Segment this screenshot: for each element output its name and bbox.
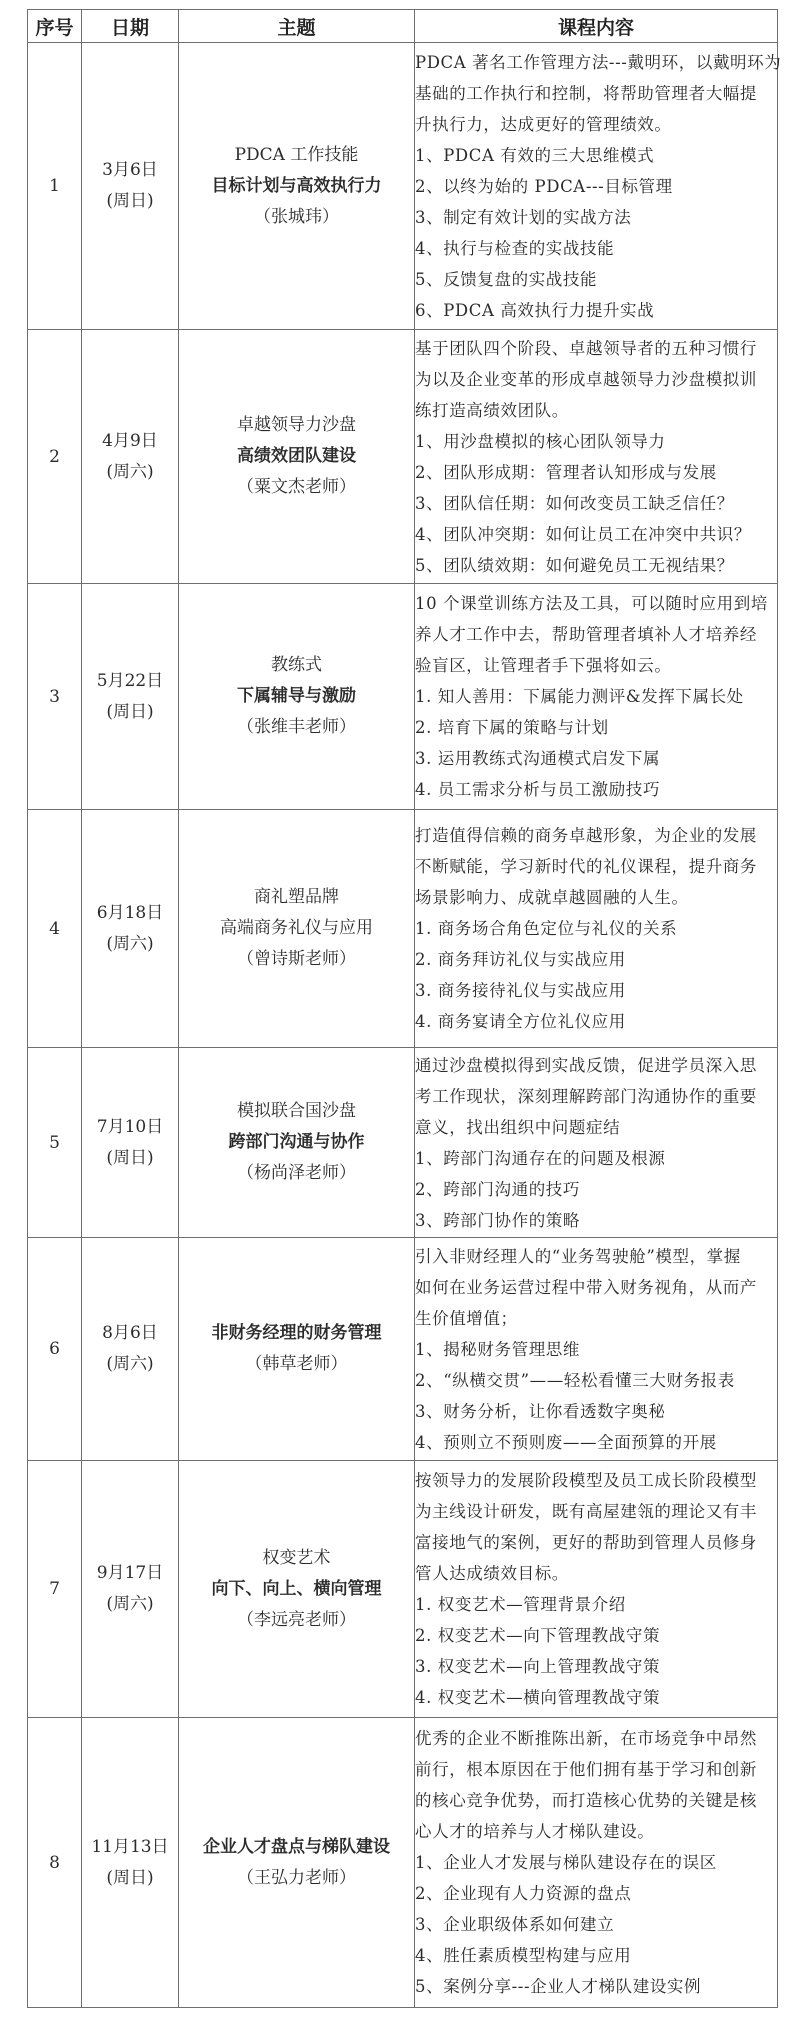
date-text: 4月9日	[82, 426, 178, 457]
content-line: 2、跨部门沟通的技巧	[415, 1174, 777, 1205]
row-index: 8	[28, 1718, 82, 2008]
row-date-cell: 11月13日(周日)	[82, 1718, 179, 2008]
date-text: 6月18日	[82, 898, 178, 929]
row-index: 7	[28, 1461, 82, 1718]
content-line: 富接地气的案例，更好的帮助到管理人员修身	[415, 1527, 777, 1558]
row-index: 2	[28, 330, 82, 584]
content-line: 升执行力，达成更好的管理绩效。	[415, 109, 777, 140]
content-line: 3. 商务接待礼仪与实战应用	[415, 975, 777, 1006]
weekday-text: (周日)	[82, 1143, 178, 1174]
content-line: 1、揭秘财务管理思维	[415, 1334, 777, 1365]
content-line: 1. 商务场合角色定位与礼仪的关系	[415, 913, 777, 944]
date-text: 7月10日	[82, 1112, 178, 1143]
table-row: 68月6日(周六)非财务经理的财务管理（韩草老师）引入非财经理人的“业务驾驶舱”…	[28, 1238, 778, 1461]
content-line: 不断赋能，学习新时代的礼仪课程，提升商务	[415, 851, 777, 882]
instructor-name: （李远亮老师）	[179, 1605, 414, 1636]
row-topic-cell: 非财务经理的财务管理（韩草老师）	[179, 1238, 415, 1461]
row-date-cell: 9月17日(周六)	[82, 1461, 179, 1718]
row-topic-cell: 权变艺术向下、向上、横向管理（李远亮老师）	[179, 1461, 415, 1718]
topic-title: PDCA 工作技能	[179, 140, 414, 171]
row-topic-cell: 教练式下属辅导与激励（张维丰老师）	[179, 584, 415, 810]
content-line: 验盲区，让管理者手下强将如云。	[415, 650, 777, 681]
content-line: 1、企业人才发展与梯队建设存在的误区	[415, 1847, 777, 1878]
table-row: 24月9日(周六)卓越领导力沙盘高绩效团队建设（粟文杰老师）基于团队四个阶段、卓…	[28, 330, 778, 584]
content-line: 3、企业职级体系如何建立	[415, 1909, 777, 1940]
header-index: 序号	[28, 10, 82, 43]
content-line: 3、团队信任期：如何改变员工缺乏信任？	[415, 488, 777, 519]
content-line: 2. 商务拜访礼仪与实战应用	[415, 944, 777, 975]
content-line: 通过沙盘模拟得到实战反馈，促进学员深入思	[415, 1050, 777, 1081]
table-row: 35月22日(周日)教练式下属辅导与激励（张维丰老师）10 个课堂训练方法及工具…	[28, 584, 778, 810]
content-line: 生价值增值；	[415, 1303, 777, 1334]
row-index: 4	[28, 810, 82, 1048]
content-line: 4. 员工需求分析与员工激励技巧	[415, 774, 777, 805]
table-row: 79月17日(周六)权变艺术向下、向上、横向管理（李远亮老师）按领导力的发展阶段…	[28, 1461, 778, 1718]
content-line: 3、财务分析，让你看透数字奥秘	[415, 1396, 777, 1427]
table-row: 57月10日(周日)模拟联合国沙盘跨部门沟通与协作（杨尚泽老师）通过沙盘模拟得到…	[28, 1048, 778, 1238]
row-index: 5	[28, 1048, 82, 1238]
topic-title: 教练式	[179, 650, 414, 681]
instructor-name: （粟文杰老师）	[179, 472, 414, 503]
content-line: 如何在业务运营过程中带入财务视角，从而产	[415, 1272, 777, 1303]
content-line: 4、执行与检查的实战技能	[415, 233, 777, 264]
content-line: 的核心竞争优势，而打造核心优势的关键是核	[415, 1785, 777, 1816]
content-line: 5、反馈复盘的实战技能	[415, 264, 777, 295]
topic-title: 企业人才盘点与梯队建设	[179, 1832, 414, 1863]
date-text: 3月6日	[82, 155, 178, 186]
content-line: 5、案例分享---企业人才梯队建设实例	[415, 1971, 777, 2002]
content-line: 基于团队四个阶段、卓越领导者的五种习惯行	[415, 333, 777, 364]
content-line: 1. 知人善用：下属能力测评&发挥下属长处	[415, 681, 777, 712]
row-date-cell: 8月6日(周六)	[82, 1238, 179, 1461]
row-content-cell: 引入非财经理人的“业务驾驶舱”模型，掌握如何在业务运营过程中带入财务视角，从而产…	[415, 1238, 778, 1461]
content-line: 3. 权变艺术—向上管理教战守策	[415, 1651, 777, 1682]
instructor-name: （曾诗斯老师）	[179, 944, 414, 975]
content-line: 2. 培育下属的策略与计划	[415, 712, 777, 743]
content-line: 基础的工作执行和控制，将帮助管理者大幅提	[415, 78, 777, 109]
content-line: 4. 权变艺术—横向管理教战守策	[415, 1682, 777, 1713]
row-content-cell: 优秀的企业不断推陈出新，在市场竞争中昂然前行，根本原因在于他们拥有基于学习和创新…	[415, 1718, 778, 2008]
row-content-cell: 按领导力的发展阶段模型及员工成长阶段模型为主线设计研发，既有高屋建瓴的理论又有丰…	[415, 1461, 778, 1718]
content-line: 4、预则立不预则废——全面预算的开展	[415, 1427, 777, 1458]
content-line: 考工作现状，深刻理解跨部门沟通协作的重要	[415, 1081, 777, 1112]
row-content-cell: 10 个课堂训练方法及工具，可以随时应用到培养人才工作中去，帮助管理者填补人才培…	[415, 584, 778, 810]
row-date-cell: 3月6日(周日)	[82, 43, 179, 330]
content-line: 5、团队绩效期：如何避免员工无视结果？	[415, 550, 777, 581]
instructor-name: （王弘力老师）	[179, 1863, 414, 1894]
row-date-cell: 5月22日(周日)	[82, 584, 179, 810]
weekday-text: (周日)	[82, 186, 178, 217]
row-date-cell: 6月18日(周六)	[82, 810, 179, 1048]
content-line: 引入非财经理人的“业务驾驶舱”模型，掌握	[415, 1241, 777, 1272]
content-line: 2. 权变艺术—向下管理教战守策	[415, 1620, 777, 1651]
content-line: 打造值得信赖的商务卓越形象，为企业的发展	[415, 820, 777, 851]
row-topic-cell: 卓越领导力沙盘高绩效团队建设（粟文杰老师）	[179, 330, 415, 584]
row-topic-cell: 模拟联合国沙盘跨部门沟通与协作（杨尚泽老师）	[179, 1048, 415, 1238]
weekday-text: (周六)	[82, 1349, 178, 1380]
row-date-cell: 4月9日(周六)	[82, 330, 179, 584]
content-line: 优秀的企业不断推陈出新，在市场竞争中昂然	[415, 1723, 777, 1754]
content-line: PDCA 著名工作管理方法---戴明环，以戴明环为	[415, 47, 777, 78]
row-index: 1	[28, 43, 82, 330]
content-line: 10 个课堂训练方法及工具，可以随时应用到培	[415, 588, 777, 619]
row-date-cell: 7月10日(周日)	[82, 1048, 179, 1238]
header-content: 课程内容	[415, 10, 778, 43]
content-line: 为以及企业变革的形成卓越领导力沙盘模拟训	[415, 364, 777, 395]
date-text: 5月22日	[82, 666, 178, 697]
instructor-name: （韩草老师）	[179, 1349, 414, 1380]
header-date: 日期	[82, 10, 179, 43]
header-row: 序号 日期 主题 课程内容	[28, 10, 778, 43]
content-line: 场景影响力、成就卓越圆融的人生。	[415, 882, 777, 913]
row-index: 6	[28, 1238, 82, 1461]
content-line: 1、跨部门沟通存在的问题及根源	[415, 1143, 777, 1174]
row-topic-cell: PDCA 工作技能目标计划与高效执行力（张城玮）	[179, 43, 415, 330]
row-topic-cell: 企业人才盘点与梯队建设（王弘力老师）	[179, 1718, 415, 2008]
content-line: 3、跨部门协作的策略	[415, 1205, 777, 1236]
weekday-text: (周六)	[82, 929, 178, 960]
course-schedule-table: 序号 日期 主题 课程内容 13月6日(周日)PDCA 工作技能目标计划与高效执…	[27, 9, 778, 2008]
topic-title: 高端商务礼仪与应用	[179, 913, 414, 944]
table-row: 811月13日(周日)企业人才盘点与梯队建设（王弘力老师）优秀的企业不断推陈出新…	[28, 1718, 778, 2008]
date-text: 9月17日	[82, 1558, 178, 1589]
topic-title: 高绩效团队建设	[179, 441, 414, 472]
topic-title: 下属辅导与激励	[179, 681, 414, 712]
content-line: 按领导力的发展阶段模型及员工成长阶段模型	[415, 1465, 777, 1496]
content-line: 2、以终为始的 PDCA---目标管理	[415, 171, 777, 202]
row-content-cell: 通过沙盘模拟得到实战反馈，促进学员深入思考工作现状，深刻理解跨部门沟通协作的重要…	[415, 1048, 778, 1238]
content-line: 2、“纵横交贯”——轻松看懂三大财务报表	[415, 1365, 777, 1396]
instructor-name: （张维丰老师）	[179, 712, 414, 743]
content-line: 前行，根本原因在于他们拥有基于学习和创新	[415, 1754, 777, 1785]
row-topic-cell: 商礼塑品牌高端商务礼仪与应用（曾诗斯老师）	[179, 810, 415, 1048]
row-index: 3	[28, 584, 82, 810]
content-line: 养人才工作中去，帮助管理者填补人才培养经	[415, 619, 777, 650]
content-line: 4、胜任素质模型构建与应用	[415, 1940, 777, 1971]
content-line: 意义，找出组织中问题症结	[415, 1112, 777, 1143]
content-line: 4、团队冲突期：如何让员工在冲突中共识？	[415, 519, 777, 550]
instructor-name: （杨尚泽老师）	[179, 1158, 414, 1189]
weekday-text: (周六)	[82, 457, 178, 488]
row-content-cell: PDCA 著名工作管理方法---戴明环，以戴明环为基础的工作执行和控制，将帮助管…	[415, 43, 778, 330]
content-line: 2、企业现有人力资源的盘点	[415, 1878, 777, 1909]
content-line: 管人达成绩效目标。	[415, 1558, 777, 1589]
content-line: 4. 商务宴请全方位礼仪应用	[415, 1006, 777, 1037]
content-line: 3. 运用教练式沟通模式启发下属	[415, 743, 777, 774]
weekday-text: (周六)	[82, 1589, 178, 1620]
row-content-cell: 打造值得信赖的商务卓越形象，为企业的发展不断赋能，学习新时代的礼仪课程，提升商务…	[415, 810, 778, 1048]
content-line: 3、制定有效计划的实战方法	[415, 202, 777, 233]
content-line: 1、PDCA 有效的三大思维模式	[415, 140, 777, 171]
date-text: 8月6日	[82, 1318, 178, 1349]
row-content-cell: 基于团队四个阶段、卓越领导者的五种习惯行为以及企业变革的形成卓越领导力沙盘模拟训…	[415, 330, 778, 584]
content-line: 2、团队形成期：管理者认知形成与发展	[415, 457, 777, 488]
topic-title: 模拟联合国沙盘	[179, 1096, 414, 1127]
topic-title: 非财务经理的财务管理	[179, 1318, 414, 1349]
topic-title: 向下、向上、横向管理	[179, 1574, 414, 1605]
topic-title: 目标计划与高效执行力	[179, 171, 414, 202]
topic-title: 权变艺术	[179, 1543, 414, 1574]
content-line: 练打造高绩效团队。	[415, 395, 777, 426]
content-line: 1. 权变艺术—管理背景介绍	[415, 1589, 777, 1620]
content-line: 心人才的培养与人才梯队建设。	[415, 1816, 777, 1847]
topic-title: 卓越领导力沙盘	[179, 410, 414, 441]
content-line: 1、用沙盘模拟的核心团队领导力	[415, 426, 777, 457]
table-row: 46月18日(周六)商礼塑品牌高端商务礼仪与应用（曾诗斯老师）打造值得信赖的商务…	[28, 810, 778, 1048]
topic-title: 跨部门沟通与协作	[179, 1127, 414, 1158]
weekday-text: (周日)	[82, 1863, 178, 1894]
weekday-text: (周日)	[82, 697, 178, 728]
instructor-name: （张城玮）	[179, 202, 414, 233]
content-line: 6、PDCA 高效执行力提升实战	[415, 295, 777, 326]
topic-title: 商礼塑品牌	[179, 882, 414, 913]
table-row: 13月6日(周日)PDCA 工作技能目标计划与高效执行力（张城玮）PDCA 著名…	[28, 43, 778, 330]
content-line: 为主线设计研发，既有高屋建瓴的理论又有丰	[415, 1496, 777, 1527]
header-topic: 主题	[179, 10, 415, 43]
date-text: 11月13日	[82, 1832, 178, 1863]
